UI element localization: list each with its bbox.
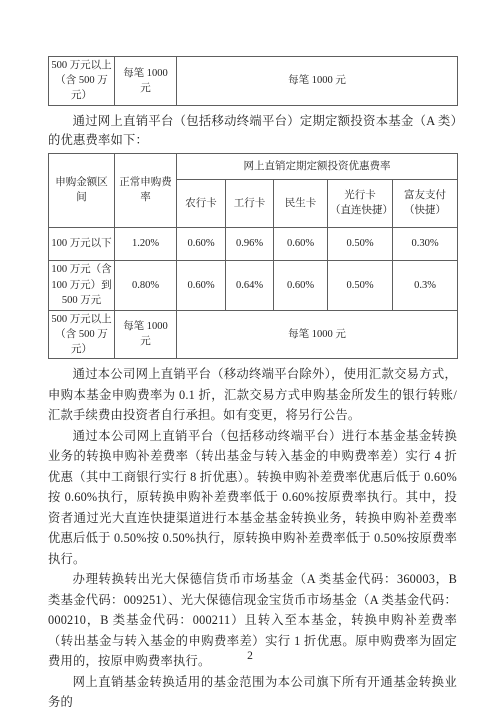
paragraph-conversion-scope: 网上直销基金转换适用的基金范围为本公司旗下所有开通基金转换业务的 [48, 672, 457, 707]
table-row: 500 万元以上（含 500 万元） 每笔 1000 元 每笔 1000 元 [49, 310, 458, 359]
header-discount-group: 网上直销定期定额投资优惠费率 [177, 153, 458, 179]
fee-continuation-table: 500 万元以上（含 500 万元） 每笔 1000 元 每笔 1000 元 [48, 56, 458, 106]
online-fee-cell: 每笔 1000 元 [177, 57, 458, 106]
amount-range-cell: 500 万元以上（含 500 万元） [49, 57, 115, 106]
fee-cell: 0.60% [274, 260, 328, 310]
page-number: 2 [0, 650, 500, 662]
fee-cell: 0.60% [274, 227, 328, 260]
document-page: 500 万元以上（含 500 万元） 每笔 1000 元 每笔 1000 元 通… [0, 0, 500, 707]
table-header-row-group: 申购金额区间 正常申购费率 网上直销定期定额投资优惠费率 [49, 153, 458, 179]
page-content: 500 万元以上（含 500 万元） 每笔 1000 元 每笔 1000 元 通… [48, 0, 457, 707]
table-row: 100 万元（含 100 万元）到 500 万元 0.80% 0.60% 0.6… [49, 260, 458, 310]
fee-cell: 0.60% [177, 260, 226, 310]
fee-cell: 0.60% [177, 227, 226, 260]
header-channel-everbright: 光行卡 （直连快捷） [328, 179, 393, 227]
normal-fee-cell: 每笔 1000 元 [115, 310, 177, 359]
amount-range-cell: 100 万元（含 100 万元）到 500 万元 [49, 260, 115, 310]
merged-fee-cell: 每笔 1000 元 [177, 310, 458, 359]
header-channel-fuyou: 富友支付 （快捷） [393, 179, 458, 227]
header-normal-fee: 正常申购费率 [115, 153, 177, 227]
fee-cell: 0.30% [393, 227, 458, 260]
fee-cell: 0.64% [226, 260, 274, 310]
normal-fee-cell: 每笔 1000 元 [115, 57, 177, 106]
fee-cell: 0.3% [393, 260, 458, 310]
fee-cell: 0.50% [328, 227, 393, 260]
header-channel-abc: 农行卡 [177, 179, 226, 227]
table-row: 100 万元以下 1.20% 0.60% 0.96% 0.60% 0.50% 0… [49, 227, 458, 260]
fee-cell: 0.50% [328, 260, 393, 310]
header-channel-minsheng: 民生卡 [274, 179, 328, 227]
paragraph-conversion-discount: 通过本公司网上直销平台（包括移动终端平台）进行本基金基金转换业务的转换申购补差费… [48, 426, 457, 570]
header-channel-icbc: 工行卡 [226, 179, 274, 227]
normal-fee-cell: 1.20% [115, 227, 177, 260]
fee-cell: 0.96% [226, 227, 274, 260]
paragraph-remittance-discount: 通过本公司网上直销平台（移动终端平台除外），使用汇款交易方式，申购本基金申购费率… [48, 364, 457, 426]
aip-discount-fee-table: 申购金额区间 正常申购费率 网上直销定期定额投资优惠费率 农行卡 工行卡 民生卡… [48, 153, 458, 360]
header-amount-range: 申购金额区间 [49, 153, 115, 227]
amount-range-cell: 100 万元以下 [49, 227, 115, 260]
intro-paragraph: 通过网上直销平台（包括移动终端平台）定期定额投资本基金（A 类）的优惠费率如下： [48, 112, 457, 150]
normal-fee-cell: 0.80% [115, 260, 177, 310]
table-row: 500 万元以上（含 500 万元） 每笔 1000 元 每笔 1000 元 [49, 57, 458, 106]
amount-range-cell: 500 万元以上（含 500 万元） [49, 310, 115, 359]
